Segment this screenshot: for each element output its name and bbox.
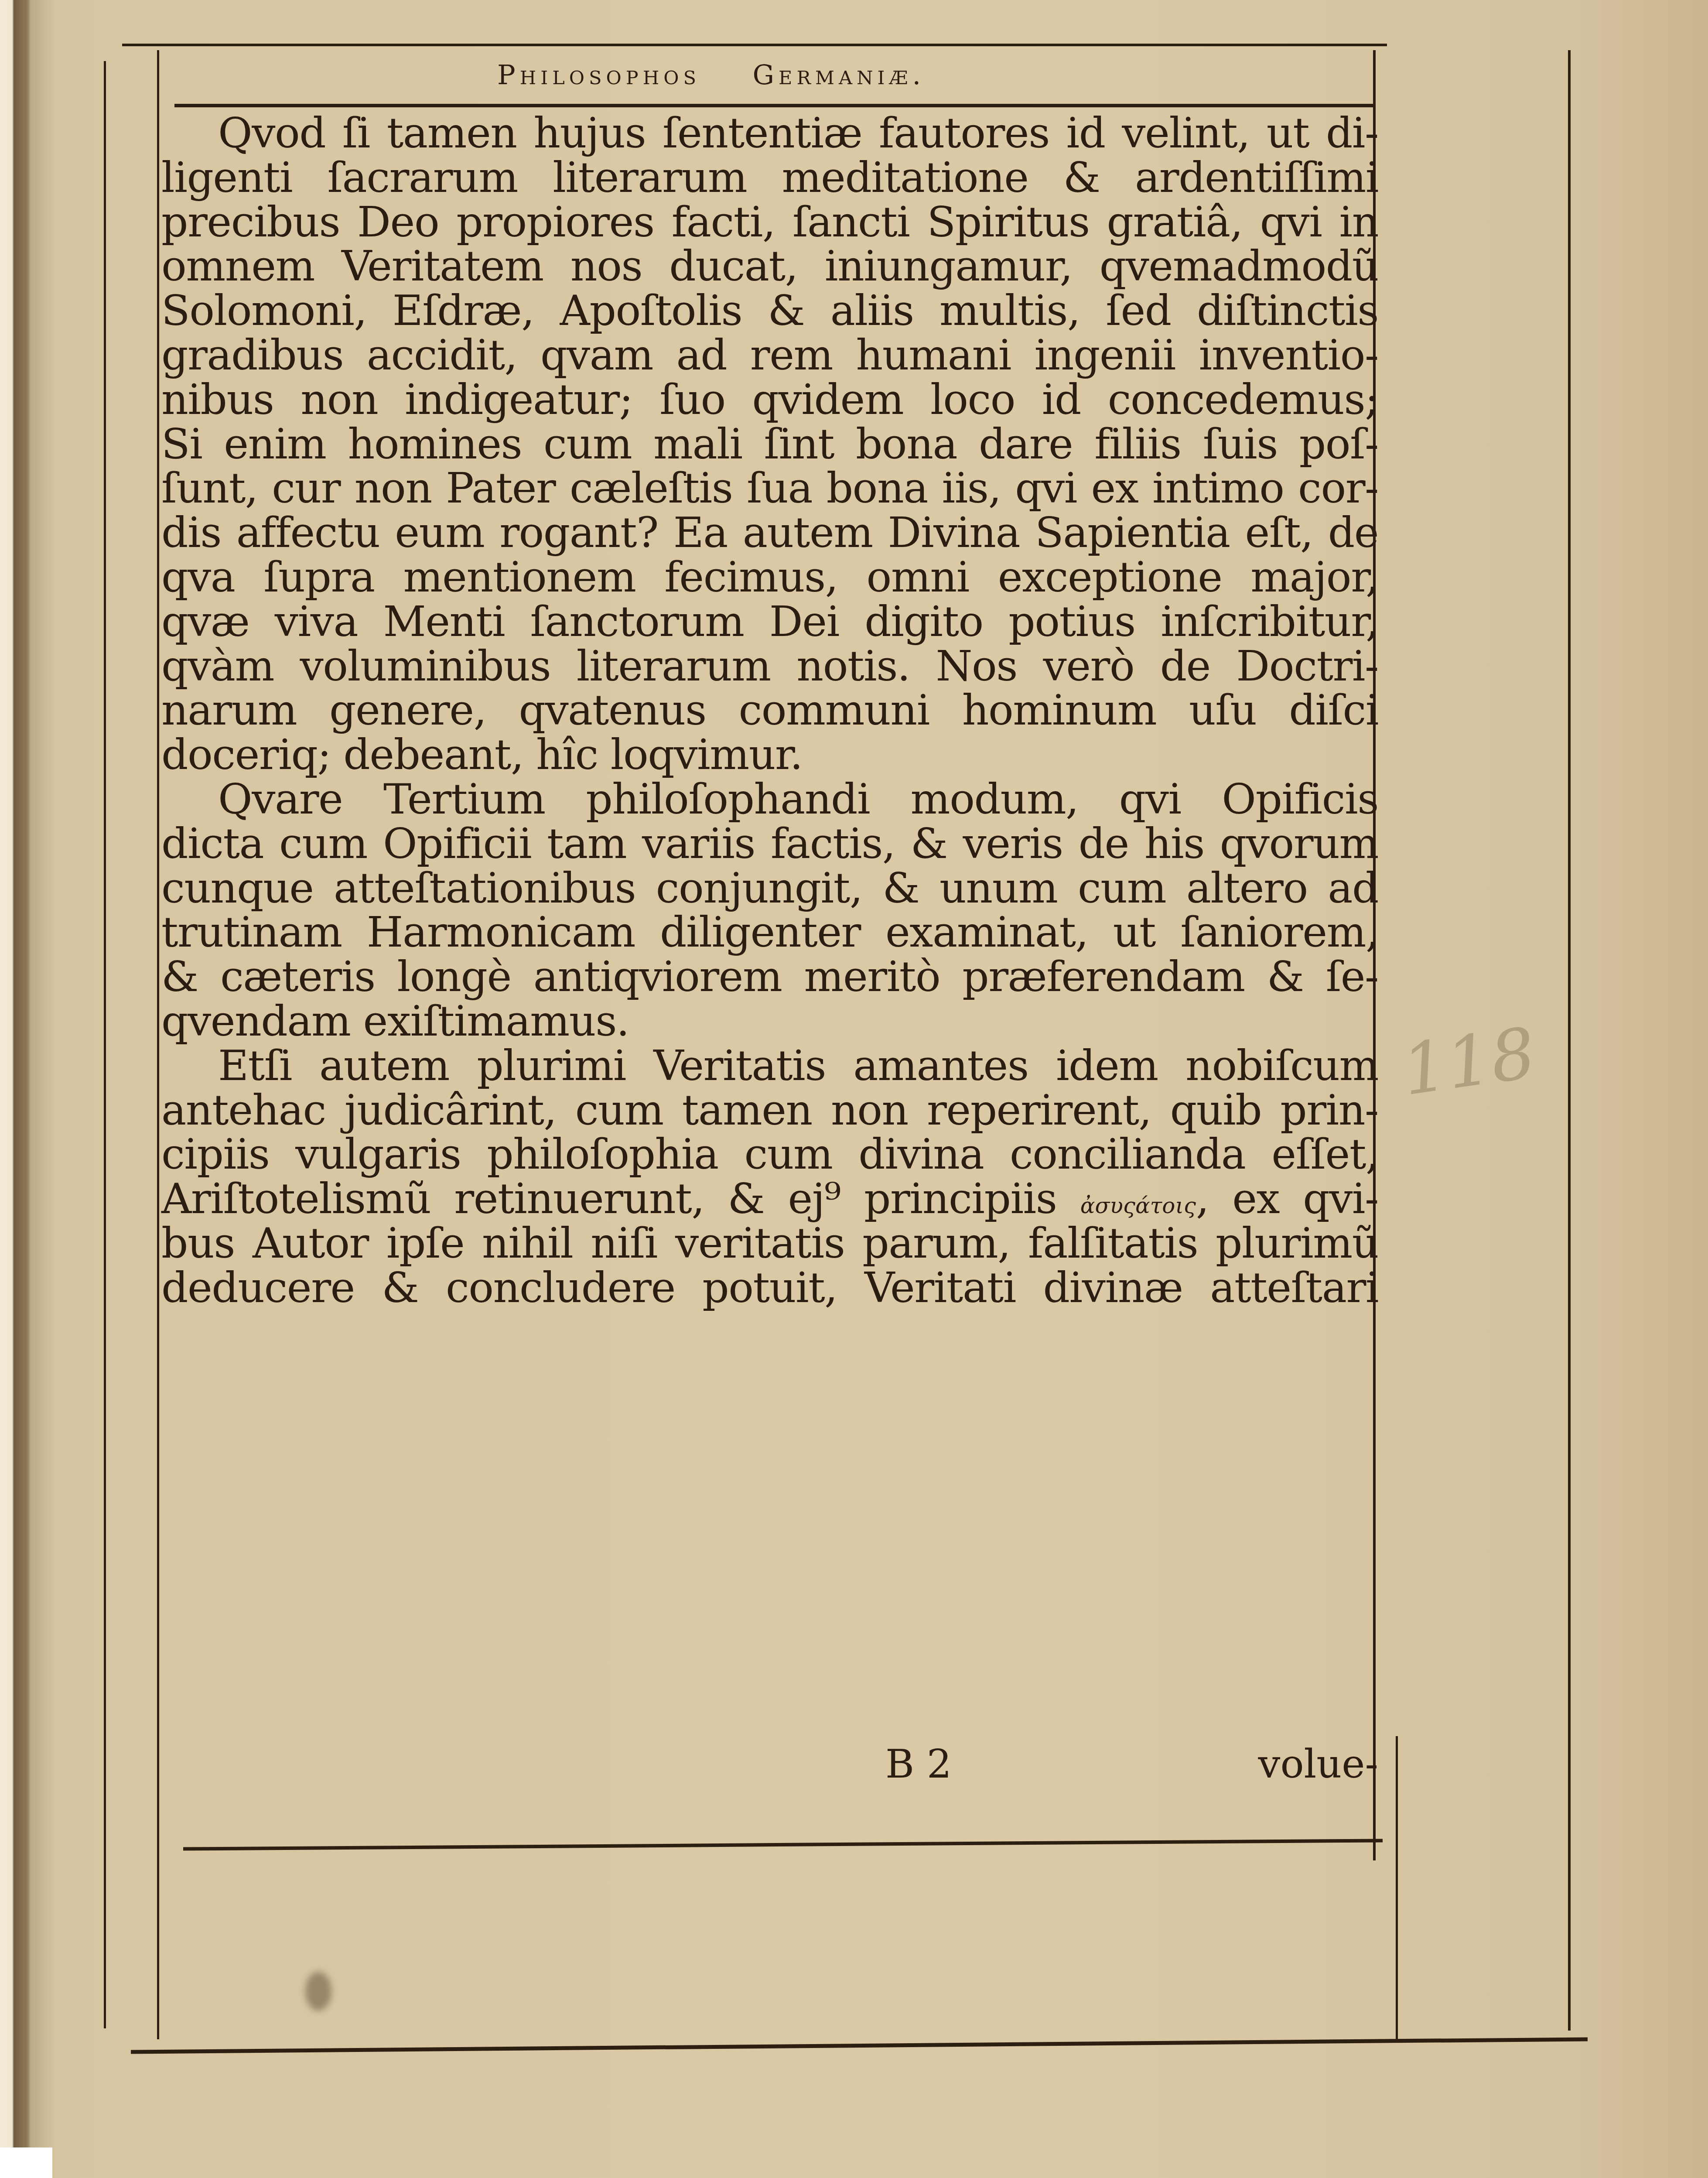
text-line: precibus Deo propiores facti, ſancti Spi… xyxy=(161,200,1378,245)
text-line: qvendam exiſtimamus. xyxy=(161,999,1378,1044)
running-head-word: Germaniæ. xyxy=(753,59,926,91)
book-spine-edge xyxy=(0,0,31,2178)
text-line: trutinam Harmonicam diligenter examinat,… xyxy=(161,910,1378,955)
running-head-word: Philoſophos xyxy=(497,59,700,91)
scan-corner xyxy=(0,2147,52,2178)
text-line: gradibus accidit, qvam ad rem humani ing… xyxy=(161,333,1378,378)
text-line: deducere & concludere potuit, Veritati d… xyxy=(161,1266,1378,1310)
text-line: qva ſupra mentionem fecimus, omni except… xyxy=(161,555,1378,600)
text-line: ſunt, cur non Pater cæleſtis ſua bona ii… xyxy=(161,466,1378,511)
catchword: volue- xyxy=(1258,1743,1378,1786)
text-line: nibus non indigeatur; ſuo qvidem loco id… xyxy=(161,378,1378,422)
text-line: doceriq; debeant, hîc loqvimur. xyxy=(161,733,1378,777)
greek-word: ἀσυςάτοις xyxy=(1080,1193,1196,1218)
ink-smudge xyxy=(305,1972,331,2011)
page-footer: B 2 volue- xyxy=(161,1743,1378,1786)
text-line: Si enim homines cum mali ſint bona dare … xyxy=(161,422,1378,467)
text-line: narum genere, qvatenus communi hominum u… xyxy=(161,688,1378,733)
text-line: dis affectu eum rogant? Ea autem Divina … xyxy=(161,511,1378,555)
text-line: cunque atteſtationibus conjungit, & unum… xyxy=(161,866,1378,911)
body-text: Qvod ſi tamen hujus ſententiæ fautores i… xyxy=(161,111,1378,1310)
far-right-rule xyxy=(1568,50,1571,2031)
text-line: dicta cum Opificii tam variis factis, & … xyxy=(161,822,1378,866)
text-line: cipiis vulgaris philoſophia cum divina c… xyxy=(161,1132,1378,1177)
text-line: Solomoni, Eſdræ, Apoſtolis & aliis multi… xyxy=(161,289,1378,333)
signature-mark: B 2 xyxy=(885,1743,952,1786)
text-line: qvæ viva Menti ſanctorum Dei digito poti… xyxy=(161,600,1378,644)
text-line: qvàm voluminibus literarum notis. Nos ve… xyxy=(161,644,1378,689)
text-line: Qvod ſi tamen hujus ſententiæ fautores i… xyxy=(161,111,1378,156)
top-outer-rule xyxy=(122,44,1387,46)
text-line: bus Autor ipſe nihil niſi veritatis paru… xyxy=(161,1221,1378,1266)
left-outer-rule xyxy=(104,61,106,2028)
text-line: ligenti ſacrarum literarum meditatione &… xyxy=(161,156,1378,200)
text-line: omnem Veritatem nos ducat, iniungamur, q… xyxy=(161,244,1378,289)
text-line: antehac judicârint, cum tamen non reperi… xyxy=(161,1088,1378,1133)
left-inner-rule xyxy=(157,50,159,2039)
text-line: Ariſtotelismũ retinuerunt, & ej⁹ princip… xyxy=(161,1177,1378,1221)
running-head: Philoſophos Germaniæ. xyxy=(497,59,925,91)
text-line: Qvare Tertium philoſophandi modum, qvi O… xyxy=(161,777,1378,822)
text-line: & cæteris longè antiqviorem meritò præfe… xyxy=(161,955,1378,999)
right-outer-rule xyxy=(1396,1736,1398,2041)
header-underline xyxy=(174,104,1374,107)
text-line: Etſi autem plurimi Veritatis amantes ide… xyxy=(161,1044,1378,1088)
